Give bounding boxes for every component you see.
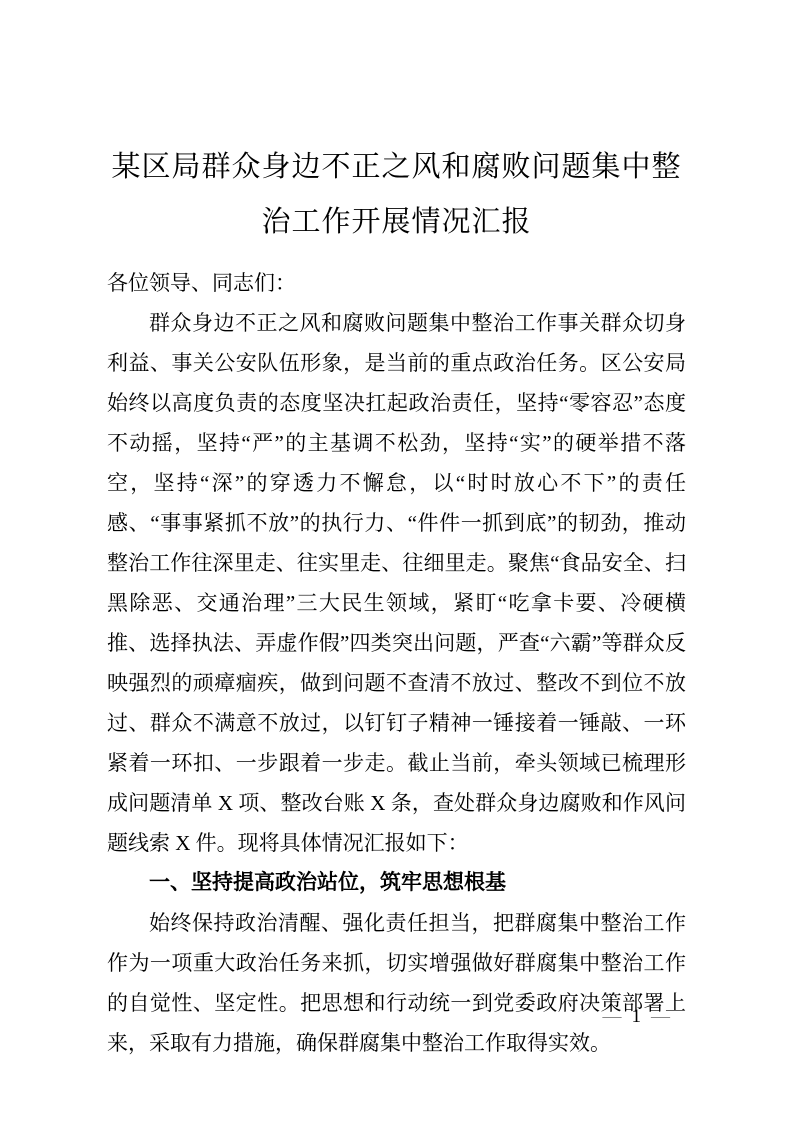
document-page: 某区局群众身边不正之风和腐败问题集中整治工作开展情况汇报 各位领导、同志们： 群…: [0, 0, 793, 1122]
footer-right-dash: —: [651, 1006, 670, 1027]
paragraph-1: 群众身边不正之风和腐败问题集中整治工作事关群众切身利益、事关公安队伍形象，是当前…: [107, 303, 686, 863]
document-title: 某区局群众身边不正之风和腐败问题集中整治工作开展情况汇报: [107, 140, 686, 250]
salutation: 各位领导、同志们：: [107, 263, 686, 303]
footer-left-dash: —: [603, 1006, 622, 1027]
section-1-paragraph: 始终保持政治清醒、强化责任担当，把群腐集中整治工作作为一项重大政治任务来抓，切实…: [107, 903, 686, 1063]
page-number: 1: [622, 1006, 652, 1027]
section-1-heading: 一、坚持提高政治站位，筑牢思想根基: [107, 863, 686, 903]
page-number-footer: —1—: [603, 1003, 671, 1031]
